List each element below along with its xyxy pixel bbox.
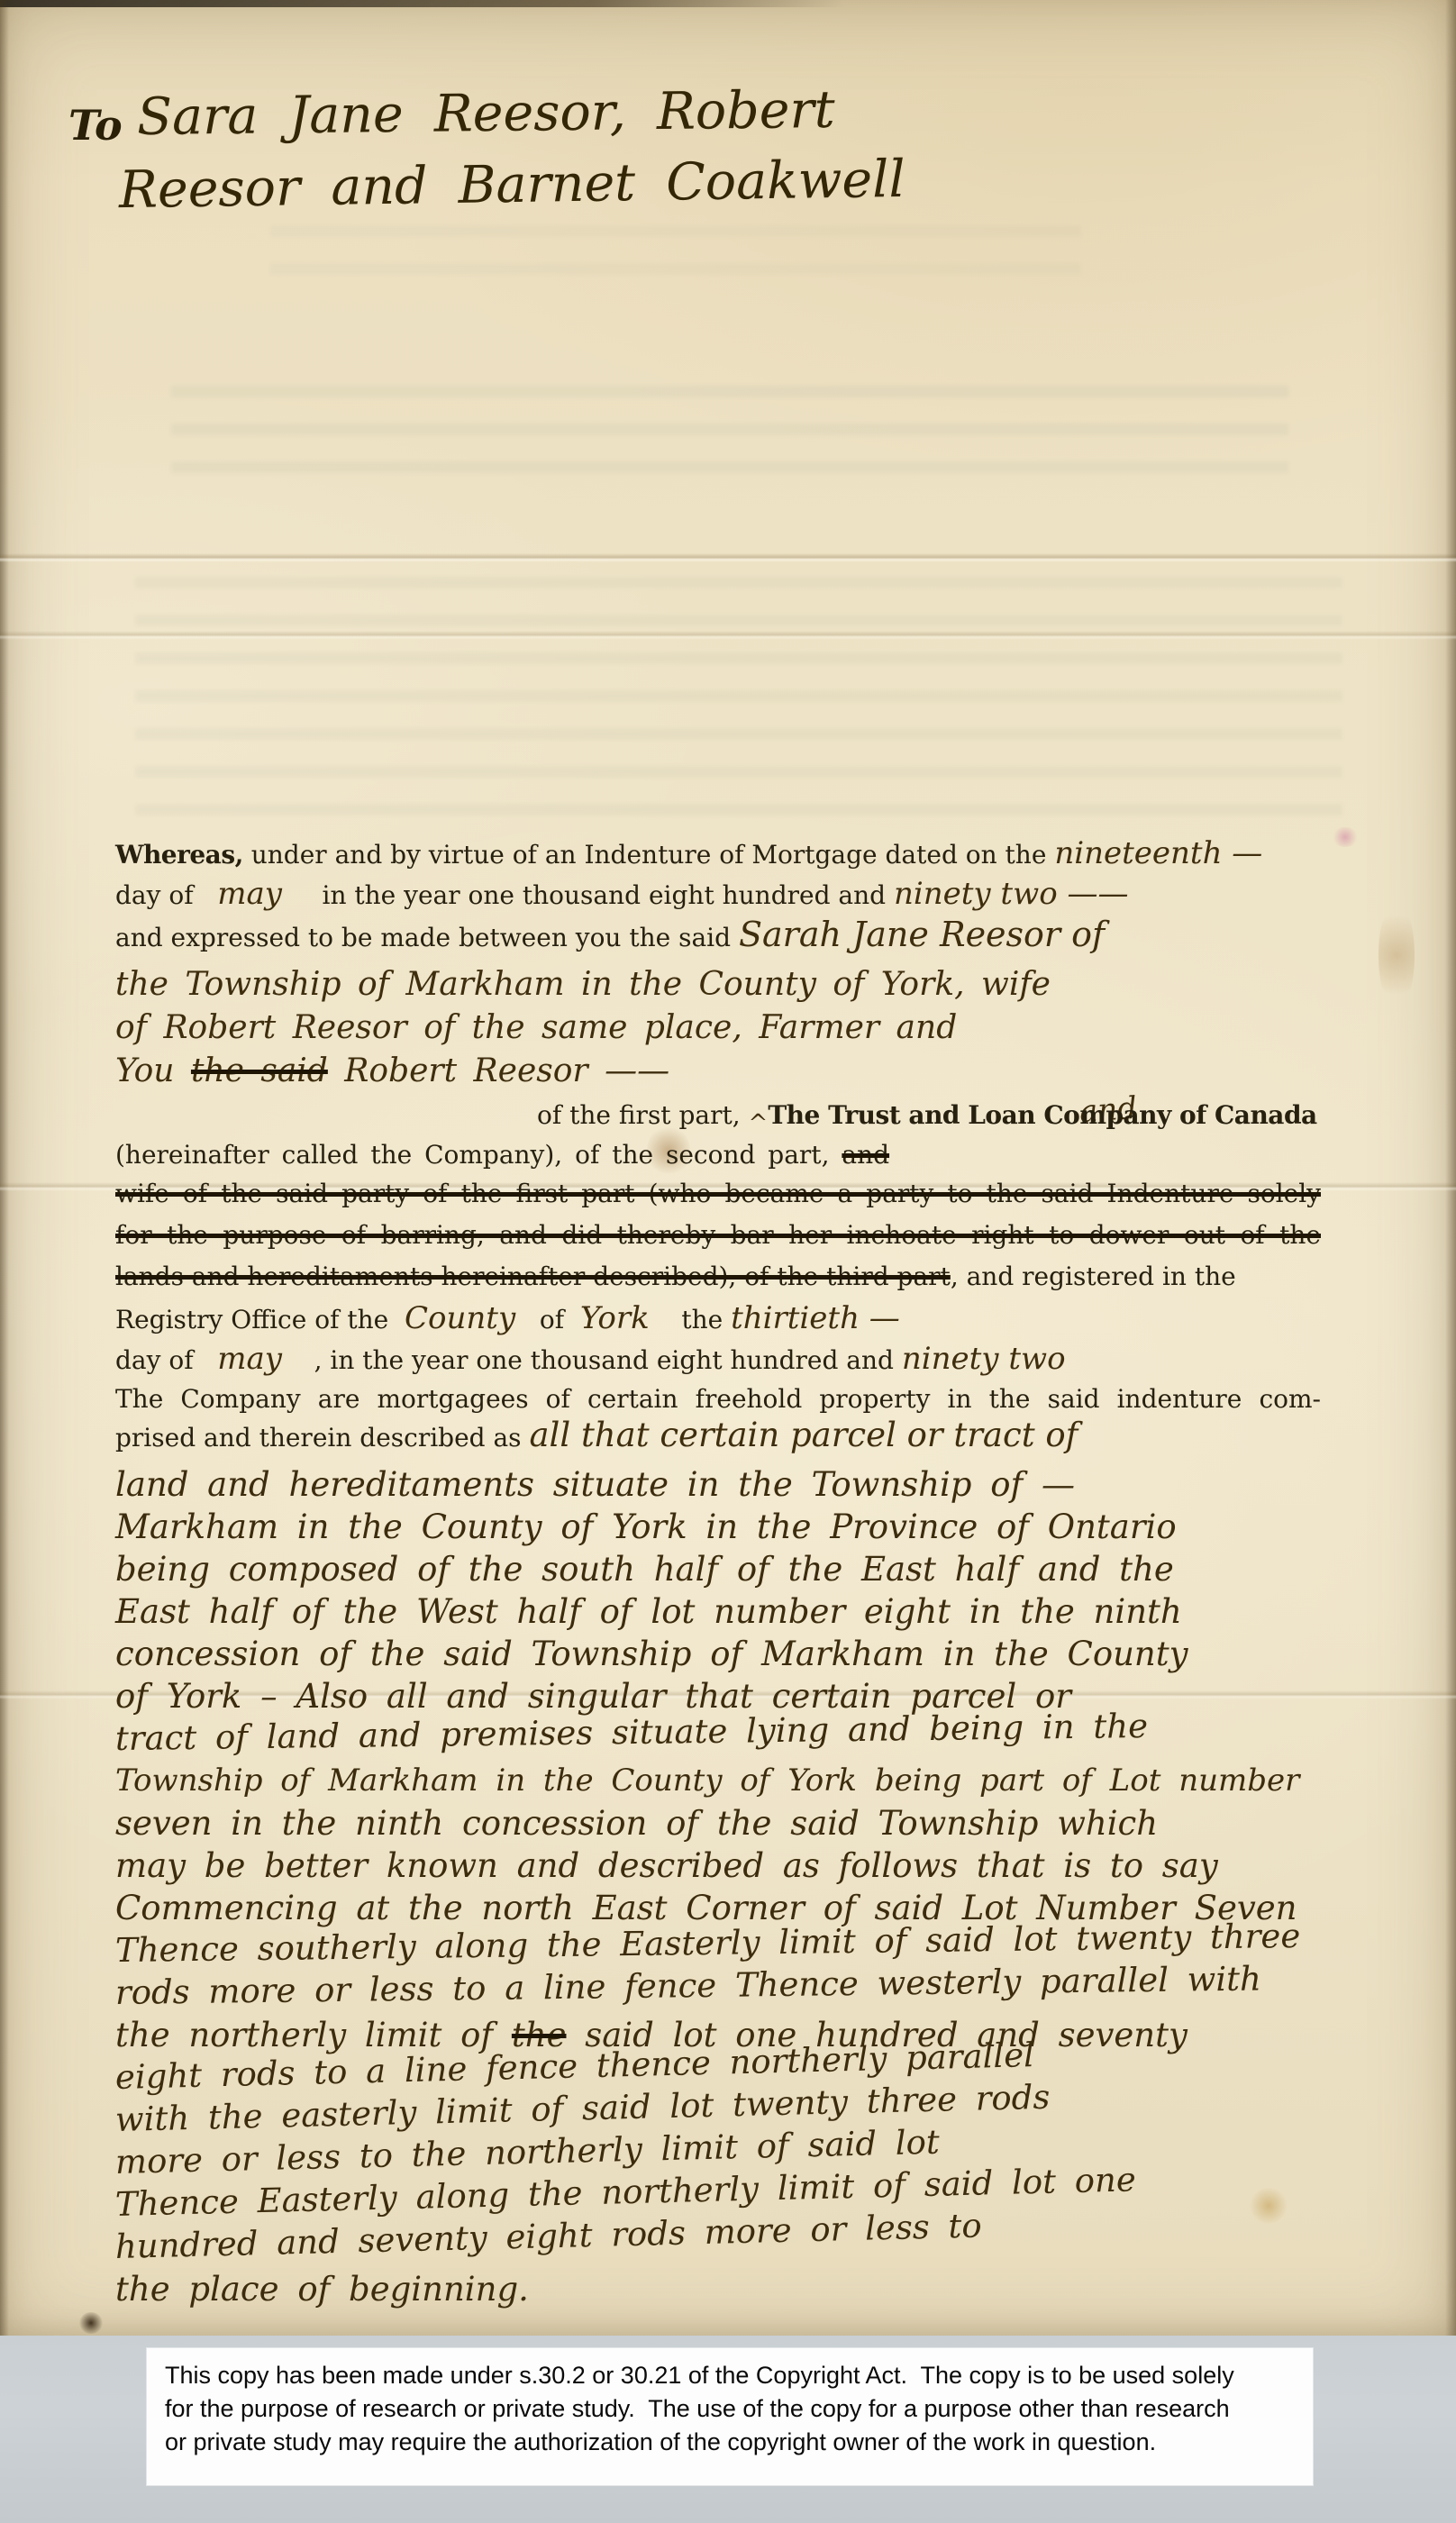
- paper-sheet: To Sara Jane Reesor, Robert Reesor and B…: [0, 0, 1456, 2346]
- stain: [1379, 901, 1415, 1009]
- whereas-line1: Whereas, under and by virtue of an Inden…: [115, 840, 1321, 869]
- printed-text: , in the year one thousand eight hundred…: [282, 1345, 902, 1375]
- printed-text: under and by virtue of an Indenture of M…: [243, 840, 1054, 870]
- printed-text: of the first part,: [537, 1100, 749, 1130]
- printed-text: Registry Office of the: [115, 1305, 405, 1334]
- description-line: East half of the West half of lot number…: [115, 1590, 1321, 1633]
- paper-edge-left: [0, 0, 9, 2346]
- handwritten-text: You: [115, 1052, 191, 1089]
- description-line: concession of the said Township of Markh…: [115, 1633, 1321, 1675]
- handwritten-york: York: [580, 1300, 650, 1336]
- recipient-names-line1: Sara Jane Reesor, Robert: [137, 83, 835, 144]
- copyright-notice-box: This copy has been made under s.30.2 or …: [147, 2348, 1313, 2485]
- printed-text: day of: [115, 880, 217, 910]
- description-line: Township of Markham in the County of Yor…: [115, 1760, 1321, 1802]
- paper-edge-right: [1445, 0, 1456, 2346]
- printed-text: prised and therein described as: [115, 1423, 529, 1453]
- registry-office-line: Registry Office of the County of York th…: [115, 1305, 1321, 1334]
- whereas-line2: day of may in the year one thousand eigh…: [115, 880, 1321, 909]
- whereas-word: Whereas,: [115, 840, 243, 870]
- description-closing-line: the place of beginning.: [115, 2268, 1321, 2310]
- recipient-names-line2: Reesor and Barnet Coakwell: [119, 150, 905, 220]
- fold-crease: [0, 553, 1456, 562]
- description-line: land and hereditaments situate in the To…: [115, 1463, 1321, 1506]
- struck-text: lands and hereditaments hereinafter desc…: [115, 1261, 951, 1291]
- struck-clause-line1: wife of the said party of the first part…: [115, 1180, 1321, 1207]
- first-part-line: of the first part, ^The Trust and Loan C…: [115, 1102, 1321, 1130]
- handwritten-thirtieth: thirtieth —: [731, 1300, 900, 1336]
- printed-text: , and registered in the: [951, 1261, 1236, 1291]
- described-as-line: prised and therein described as all that…: [115, 1422, 1321, 1452]
- ink-bleedthrough: [135, 577, 1342, 820]
- struck-clause-line2: for the purpose of barring, and did ther…: [115, 1222, 1321, 1249]
- document-body: Whereas, under and by virtue of an Inden…: [115, 840, 1321, 2310]
- insertion-caret: ^: [749, 1110, 769, 1137]
- whereas-line3: and expressed to be made between you the…: [115, 921, 1321, 952]
- struck-word-and: and: [842, 1140, 889, 1170]
- struck-clause-line3: lands and hereditaments hereinafter desc…: [115, 1263, 1321, 1290]
- printed-text: in the year one thousand eight hundred a…: [282, 880, 894, 910]
- second-part-line: (hereinafter called the Company), of the…: [115, 1142, 1321, 1169]
- ink-bleedthrough: [270, 225, 1081, 288]
- ink-bleedthrough: [171, 386, 1288, 494]
- printed-text: day of: [115, 1345, 217, 1375]
- ink-blot: [79, 2312, 103, 2334]
- description-line: being composed of the south half of the …: [115, 1548, 1321, 1590]
- handwritten-nineteenth: nineteenth —: [1054, 835, 1262, 871]
- handwritten-description-start: all that certain parcel or tract of: [529, 1416, 1078, 1454]
- copyright-notice-line: or private study may require the authori…: [165, 2426, 1295, 2459]
- registration-date-line: day of may , in the year one thousand ei…: [115, 1345, 1321, 1374]
- description-line: Markham in the County of York in the Pro…: [115, 1506, 1321, 1548]
- property-description: land and hereditaments situate in the To…: [115, 1463, 1321, 2310]
- copyright-notice-line: for the purpose of research or private s…: [165, 2392, 1295, 2426]
- scan-edge-shadow: [0, 0, 844, 7]
- printed-text: and expressed to be made between you the…: [115, 923, 739, 952]
- copyright-notice-line: This copy has been made under s.30.2 or …: [165, 2359, 1295, 2392]
- scanned-document-page: To Sara Jane Reesor, Robert Reesor and B…: [0, 0, 1456, 2523]
- handwritten-line: You the said Robert Reesor ——: [115, 1050, 1321, 1093]
- description-line: seven in the ninth concession of the sai…: [115, 1802, 1321, 1844]
- handwritten-month: may: [217, 1341, 282, 1377]
- description-line: may be better known and described as fol…: [115, 1844, 1321, 1887]
- handwritten-month: may: [217, 876, 282, 912]
- handwritten-year: ninety two: [902, 1341, 1066, 1377]
- stain: [1332, 827, 1359, 847]
- printed-text: (hereinafter called the Company), of the…: [115, 1140, 842, 1170]
- handwritten-county: County: [405, 1300, 515, 1336]
- struck-words: the said: [191, 1052, 328, 1089]
- handwritten-line: of Robert Reesor of the same place, Farm…: [115, 1006, 1321, 1050]
- mortgagees-line: The Company are mortgagees of certain fr…: [115, 1386, 1321, 1413]
- handwritten-line: the Township of Markham in the County of…: [115, 963, 1321, 1006]
- handwritten-text: Robert Reesor ——: [328, 1052, 669, 1089]
- handwritten-name: Sarah Jane Reesor of: [739, 915, 1105, 954]
- printed-text: of: [515, 1305, 580, 1334]
- salutation-to: To: [68, 101, 123, 150]
- handwritten-year: ninety two ——: [894, 876, 1129, 912]
- printed-text: the: [650, 1305, 731, 1334]
- company-name-blackletter: The Trust and Loan Company of Canada: [768, 1100, 1316, 1130]
